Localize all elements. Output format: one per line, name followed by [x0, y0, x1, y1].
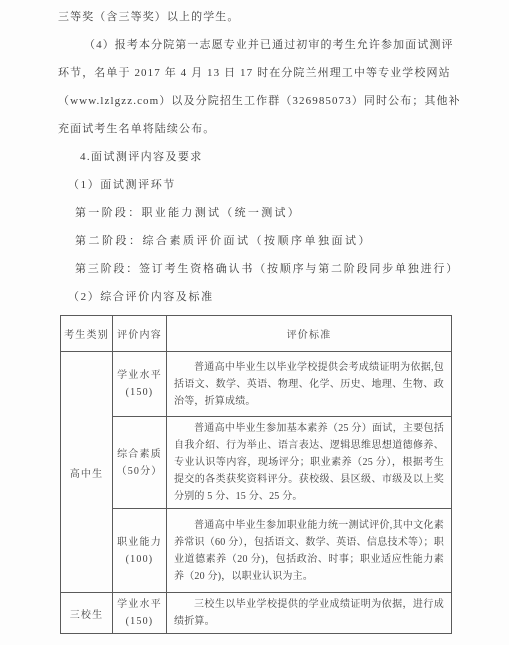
subsection-heading-line: （2）综合评价内容及标准 — [58, 283, 459, 311]
document-text-block: 三等奖（含三等奖）以上的学生。 （4）报考本分院第一志愿专业并已通过初审的考生允… — [0, 0, 509, 311]
paragraph-line: 三等奖（含三等奖）以上的学生。 — [58, 3, 459, 31]
stage-three-line: 第三阶段：签订考生资格确认书（按顺序与第二阶段同步单独进行） — [58, 255, 459, 283]
subsection-heading-line: （1）面试测评环节 — [58, 171, 459, 199]
standard-text: 三校生以毕业学校提供的学业成绩证明为依据，进行成绩折算。 — [167, 593, 451, 633]
stage-two-line: 第二阶段：综合素质评价面试（按顺序单独面试） — [58, 227, 459, 255]
category-cell-senior-high: 高中生 — [61, 352, 113, 593]
paragraph-line: （www.lzlgzz.com）以及分院招生工作群（326985073）同时公布… — [58, 87, 459, 115]
paragraph-line: 充面试考生名单将陆续公布。 — [58, 115, 459, 143]
table-row: 综合素质 （50分） 普通高中毕业生参加基本素养（25 分）面试，主要包括自我介… — [61, 417, 452, 509]
header-cell-standard: 评价标准 — [167, 316, 452, 352]
content-score-label: (150) — [113, 384, 166, 401]
table-row: 职业能力 (100) 普通高中毕业生参加职业能力统一测试评价,其中文化素养常识（… — [61, 509, 452, 593]
paragraph-line: （4）报考本分院第一志愿专业并已通过初审的考生允许参加面试测评 — [58, 31, 459, 59]
content-item-label: 综合素质 — [113, 446, 166, 463]
section-heading-line: 4.面试测评内容及要求 — [58, 143, 459, 171]
table-header-row: 考生类别 评价内容 评价标准 — [61, 316, 452, 352]
content-cell: 职业能力 (100) — [113, 509, 167, 593]
table-row: 三校生 学业水平 (150) 三校生以毕业学校提供的学业成绩证明为依据，进行成绩… — [61, 593, 452, 634]
table-row: 高中生 学业水平 (150) 普通高中毕业生以毕业学校提供会考成绩证明为依据,包… — [61, 352, 452, 417]
document-page: 三等奖（含三等奖）以上的学生。 （4）报考本分院第一志愿专业并已通过初审的考生允… — [0, 0, 509, 645]
standard-cell: 普通高中毕业生参加职业能力统一测试评价,其中文化素养常识（60 分），包括语文、… — [167, 509, 452, 593]
content-score-label: （50分） — [113, 463, 166, 480]
header-cell-content: 评价内容 — [113, 316, 167, 352]
standard-cell: 普通高中毕业生以毕业学校提供会考成绩证明为依据,包括语文、数学、英语、物理、化学… — [167, 352, 452, 417]
standard-text: 普通高中毕业生参加基本素养（25 分）面试，主要包括自我介绍、行为举止、语言表达… — [167, 417, 451, 508]
content-cell: 学业水平 (150) — [113, 352, 167, 417]
standard-text: 普通高中毕业生以毕业学校提供会考成绩证明为依据,包括语文、数学、英语、物理、化学… — [167, 356, 451, 413]
standard-cell: 三校生以毕业学校提供的学业成绩证明为依据，进行成绩折算。 — [167, 593, 452, 634]
standard-cell: 普通高中毕业生参加基本素养（25 分）面试，主要包括自我介绍、行为举止、语言表达… — [167, 417, 452, 509]
content-cell: 学业水平 (150) — [113, 593, 167, 634]
evaluation-table: 考生类别 评价内容 评价标准 高中生 学业水平 (150) 普通高中毕业生以毕业… — [60, 315, 452, 634]
content-score-label: (150) — [113, 613, 166, 630]
content-item-label: 学业水平 — [113, 596, 166, 613]
standard-text: 普通高中毕业生参加职业能力统一测试评价,其中文化素养常识（60 分），包括语文、… — [167, 514, 451, 588]
content-score-label: (100) — [113, 551, 166, 568]
content-item-label: 学业水平 — [113, 367, 166, 384]
stage-one-line: 第一阶段：职业能力测试（统一测试） — [58, 199, 459, 227]
header-cell-category: 考生类别 — [61, 316, 113, 352]
content-item-label: 职业能力 — [113, 534, 166, 551]
category-cell-vocational: 三校生 — [61, 593, 113, 634]
content-cell: 综合素质 （50分） — [113, 417, 167, 509]
paragraph-line: 环节，名单于 2017 年 4 月 13 日 17 时在分院兰州理工中等专业学校… — [58, 59, 459, 87]
